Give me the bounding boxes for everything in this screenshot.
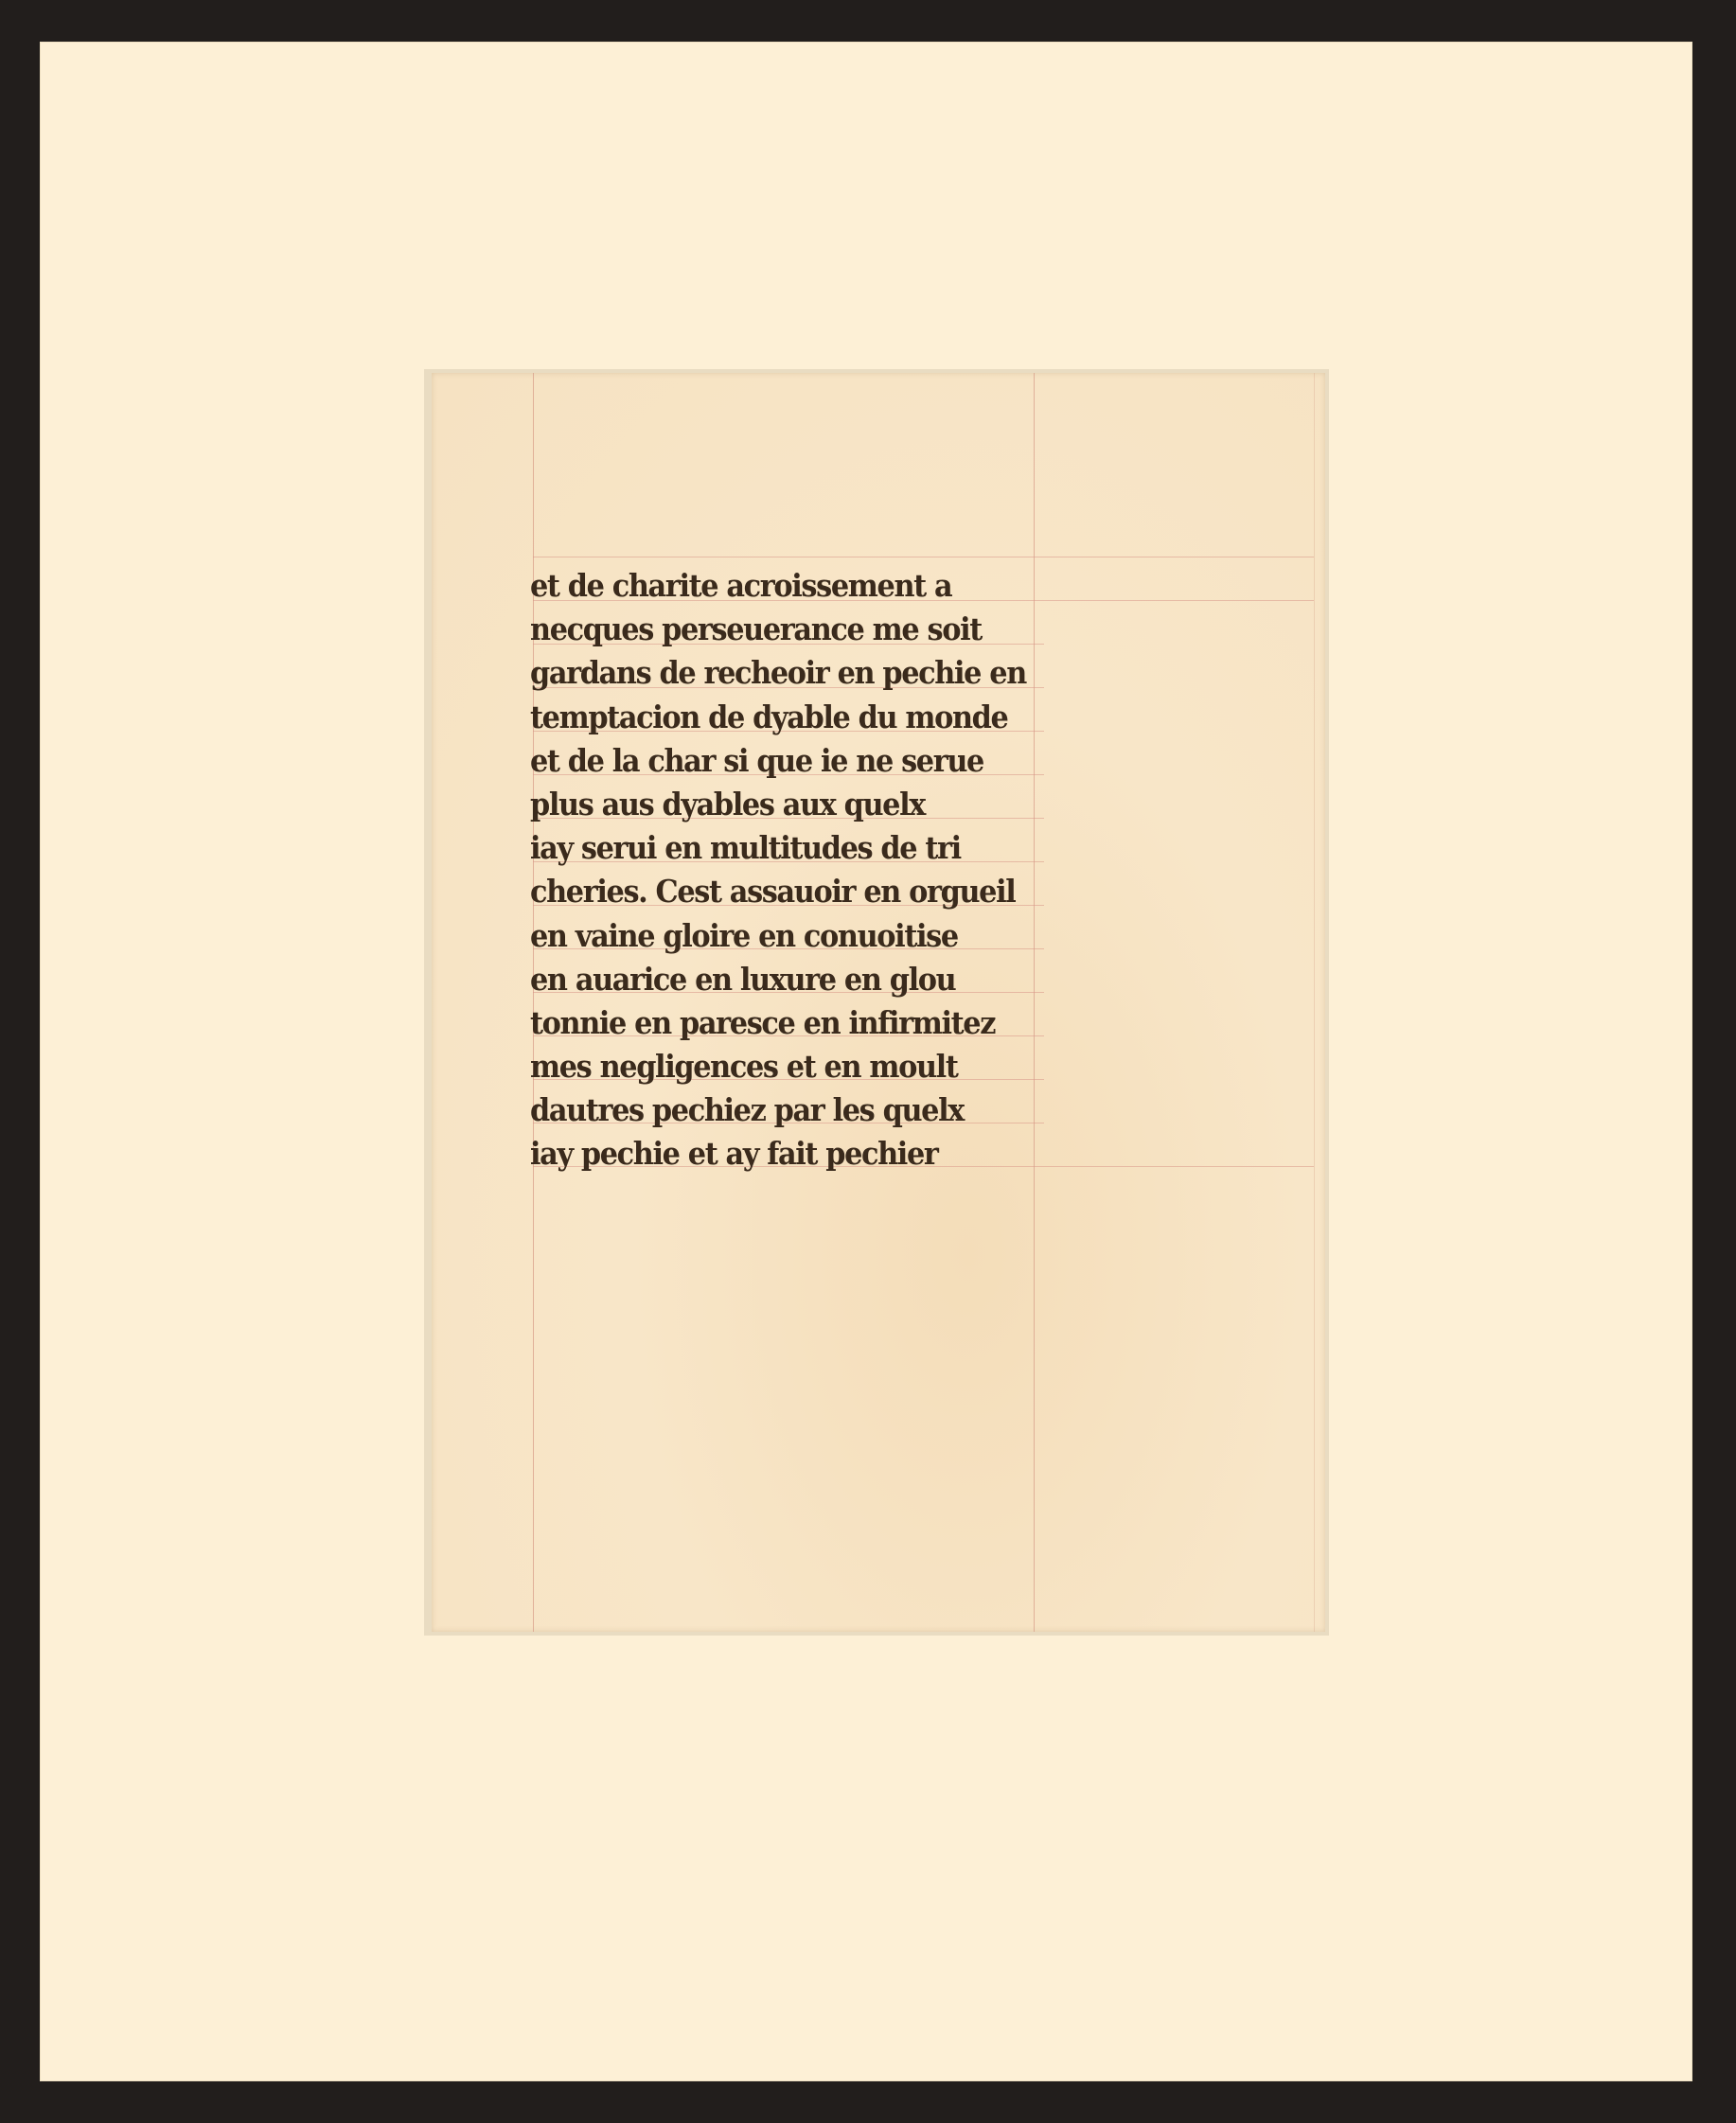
text-line: en vaine gloire en conuoitise	[530, 914, 1018, 958]
text-line: tonnie en paresce en infirmitez	[530, 1001, 1018, 1045]
text-line: et de la char si que ie ne serue	[530, 739, 1018, 783]
text-line: gardans de recheoir en pechie en	[530, 651, 1018, 695]
text-line: iay serui en multitudes de tri	[530, 826, 1018, 870]
text-line: necques perseuerance me soit	[530, 608, 1018, 651]
text-line: cheries. Cest assauoir en orgueil	[530, 870, 1018, 913]
text-line: iay pechie et ay fait pechier	[530, 1132, 1018, 1176]
text-line: et de charite acroissement a	[530, 564, 1018, 608]
text-line: en auarice en luxure en glou	[530, 958, 1018, 1001]
text-line: mes negligences et en moult	[530, 1045, 1018, 1088]
text-line: dautres pechiez par les quelx	[530, 1088, 1018, 1132]
ruling-outer	[1314, 373, 1315, 1632]
text-line: temptacion de dyable du monde	[530, 696, 1018, 739]
text-line: plus aus dyables aux quelx	[530, 783, 1018, 826]
manuscript-text: et de charite acroissement a necques per…	[530, 564, 1060, 1176]
ruling-top	[533, 557, 1314, 557]
